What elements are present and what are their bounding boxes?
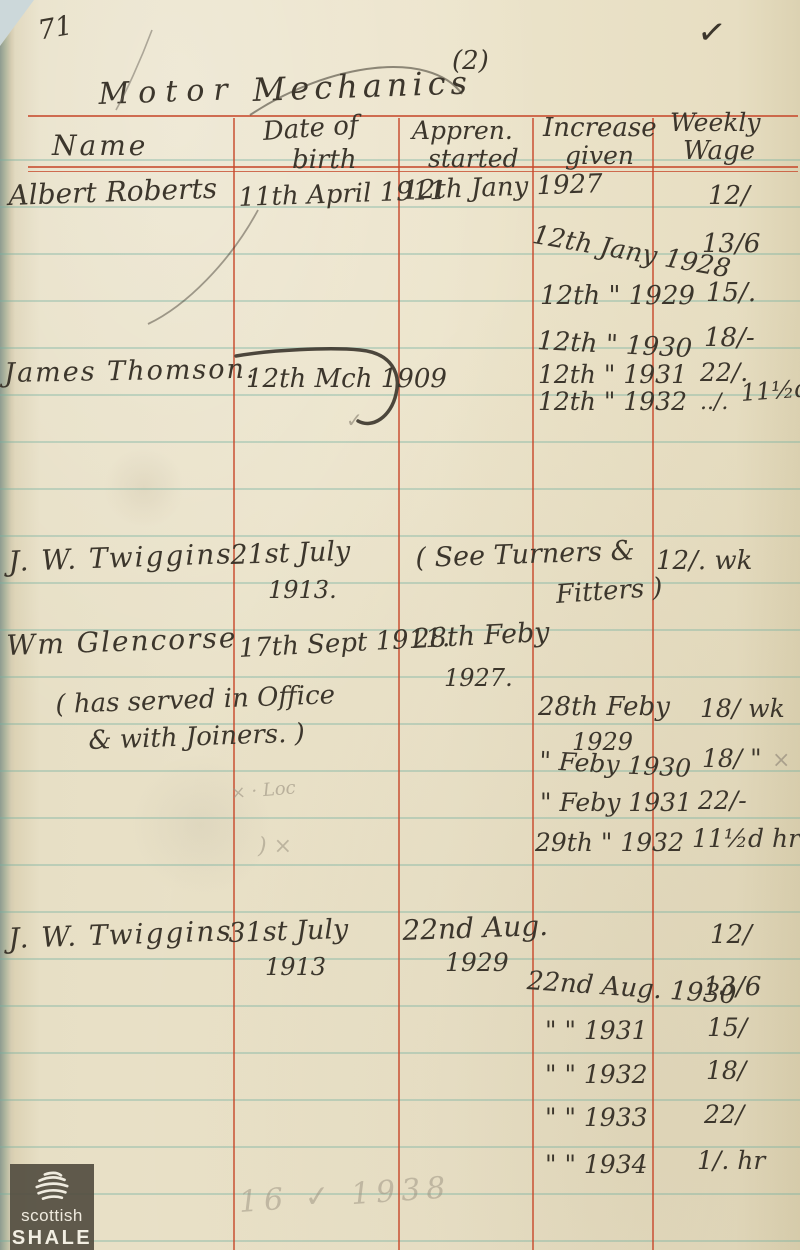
column-rule-3 [532,118,534,1250]
entry-name: Wm Glencorse [6,624,238,660]
entry-name: James Thomson. [4,356,257,387]
increase-date: 12th " 1929 [540,283,695,309]
increase-date: 12th " 1931 [538,362,687,387]
increase-wage: 13/6 [702,231,760,257]
increase-date: " " 1933 [545,1105,648,1130]
entry-dob: 31st July [228,916,349,947]
entry-started: 22nd Aug. [402,912,548,945]
entry-started-year: 1927. [444,666,513,690]
entry-name: J. W. Twiggins [8,917,233,953]
entry-name: Albert Roberts [8,175,218,210]
increase-date: 12th " 1932 [538,389,687,414]
page-title-word-1: Motor [98,75,237,110]
col-header-dob-1: Date of [262,112,359,145]
page-number: 71 [36,12,75,45]
pencil-scribble: ) × [258,836,292,858]
increase-wage: 22/- [698,788,747,813]
increase-wage: 1/. hr [697,1148,765,1173]
col-header-appren-1: Appren. [412,118,513,143]
increase-date: " Feby 1931 [540,790,692,815]
entry-name: J. W. Twiggins [8,540,233,576]
watermark-text-1: scottish [21,1206,83,1226]
entry-note-2: & with Joiners. ) [88,720,305,754]
entry-started: 12th Jany 1927 [402,171,603,204]
entry-started-year: 1929 [445,950,509,975]
increase-date: 28th Feby [538,694,670,720]
column-rule-2 [398,118,400,1250]
entry-dob: 21st July [230,538,351,569]
increase-date: " " 1931 [545,1018,648,1043]
globe-icon [29,1170,75,1204]
col-header-increase-1: Increase [543,115,657,141]
increase-wage: 22/ [704,1102,744,1127]
increase-wage: 18/ [706,1058,746,1083]
increase-date: " Feby 1930 [539,748,692,781]
header-bottom-rule-2 [28,171,798,172]
col-header-name: Name [52,132,148,160]
increase-date: " " 1932 [545,1062,648,1087]
increase-wage-extra: 11½d hr. [740,373,800,405]
entry-dob-year: 1913 [265,955,326,979]
increase-date: 12th " 1930 [537,328,693,362]
ledger-paper: 71 ✓ (2) Motor Mechanics Name Date of bi… [0,0,800,1250]
col-header-appren-2: started [428,146,519,171]
col-header-dob-2: birth [292,147,357,173]
pencil-tick: ✓ [346,410,363,430]
entry-started: 28th Feby [412,619,550,653]
increase-wage: 18/- [704,325,755,351]
increase-date: 29th " 1932 [535,830,684,855]
entry-dob: 12th Mch 1909 [246,366,447,392]
increase-wage: 18/ " [702,746,762,771]
col-header-increase-2: given [565,143,634,168]
col-header-wage-2: Wage [683,138,755,164]
entry-wage: 12/ [710,922,752,948]
entry-wage: 12/. wk [656,548,752,574]
tick-mark: ✓ [695,14,728,52]
scanned-ledger-page: { "page": { "number": "71", "tick": "✓",… [0,0,800,1250]
increase-wage: 11½d hr [692,826,800,851]
entry-started-note-2: Fitters ) [555,575,663,608]
increase-wage: 15/. [706,280,756,306]
increase-wage: ../. [700,392,728,414]
watermark-text-2: SHALE [12,1227,92,1250]
increase-wage: 18/ wk [700,696,785,721]
entry-started-note: ( See Turners & [415,537,635,572]
page-title-word-2: Mechanics [252,66,472,106]
entry-wage: 12/ [708,183,750,209]
increase-wage: 13/6 [703,974,761,1000]
increase-date: " " 1934 [545,1152,648,1177]
increase-wage: 15/ [707,1015,747,1040]
col-header-wage-1: Weekly [670,110,761,135]
header-bottom-rule-1 [28,166,798,168]
pencil-x-mark: × [772,750,790,772]
scottish-shale-watermark: scottish SHALE [10,1164,94,1250]
entry-dob-year: 1913. [268,578,337,602]
